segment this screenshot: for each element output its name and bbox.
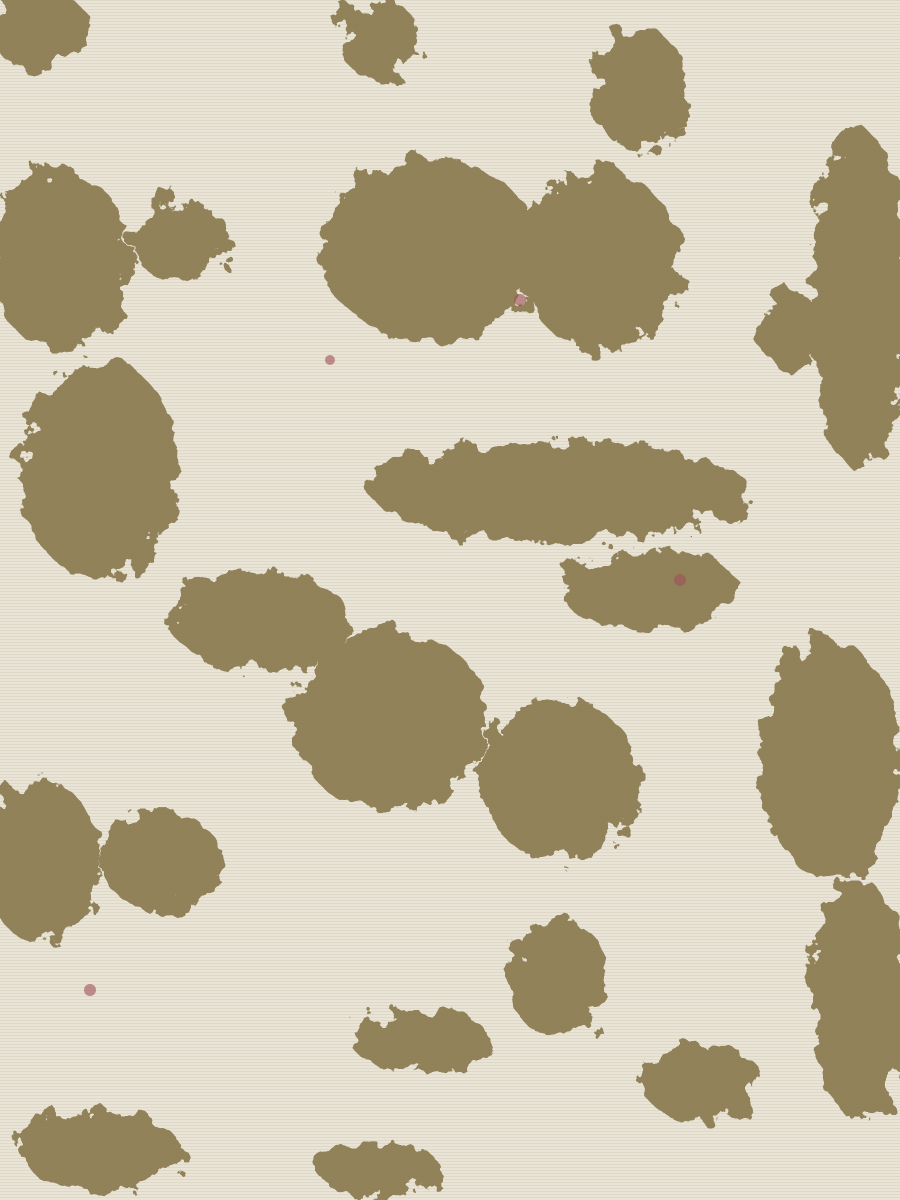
- rug-photo: [0, 0, 900, 1200]
